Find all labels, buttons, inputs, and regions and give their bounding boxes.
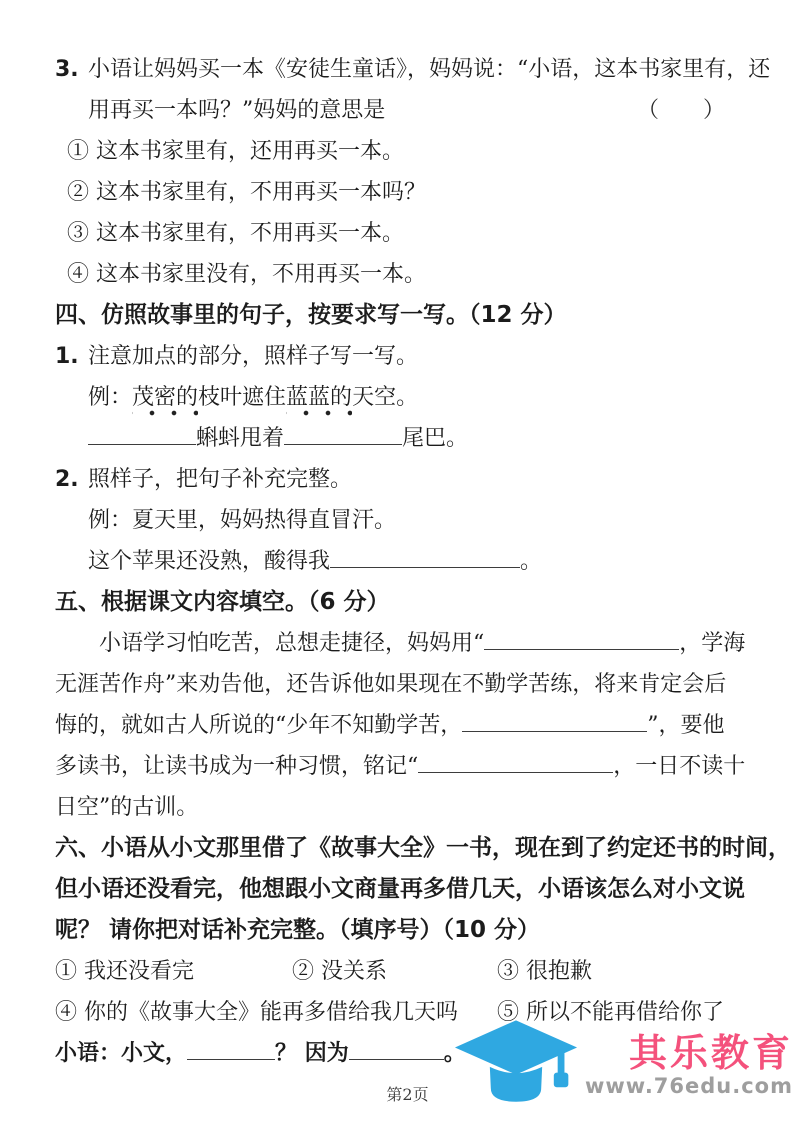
graduation-cap-icon bbox=[453, 1018, 579, 1112]
option-text: ① 我还没看完 bbox=[55, 951, 292, 992]
example-end: 天空。 bbox=[352, 385, 418, 410]
section-6-heading-2: 但小语还没看完，他想跟小文商量再多借几天，小语该怎么对小文说 bbox=[55, 869, 760, 910]
example-prefix: 例： bbox=[88, 385, 132, 410]
sub-1-text: 注意加点的部分，照样子写一写。 bbox=[88, 344, 418, 369]
option-text: ④ 这本书家里没有，不用再买一本。 bbox=[67, 262, 426, 287]
sub-1-number: 1. bbox=[55, 336, 88, 377]
question-3-number: 3. bbox=[55, 49, 88, 90]
example-mid: 枝叶遮住 bbox=[198, 385, 286, 410]
option-text: ② 这本书家里有，不用再买一本吗？ bbox=[67, 180, 426, 205]
fill-mid-text: 蝌蚪甩着 bbox=[196, 426, 284, 451]
answer-blank bbox=[187, 1056, 275, 1060]
question-3-text-2: 用再买一本吗？”妈妈的意思是 bbox=[88, 98, 385, 123]
paragraph-text: 无涯苦作舟”来劝告他，还告诉他如果现在不勤学苦练，将来肯定会后 bbox=[55, 672, 726, 697]
answer-blank bbox=[484, 646, 679, 650]
answer-blank bbox=[88, 441, 196, 445]
section-4-sub-2: 2.照样子，把句子补充完整。 bbox=[55, 459, 760, 500]
dialogue-speaker: 小语： bbox=[55, 1041, 121, 1066]
paragraph-text: ，一日不读十 bbox=[613, 754, 745, 779]
answer-blank bbox=[418, 769, 613, 773]
brand-text-block: 其乐教育 www.76edu.com bbox=[585, 1032, 793, 1098]
section-5-line-2: 无涯苦作舟”来劝告他，还告诉他如果现在不勤学苦练，将来肯定会后 bbox=[55, 664, 760, 705]
answer-brackets: （ ） bbox=[637, 90, 725, 131]
question-3-text-1: 小语让妈妈买一本《安徒生童话》，妈妈说：“小语，这本书家里有，还 bbox=[88, 57, 770, 82]
option-text: ③ 这本书家里有，不用再买一本。 bbox=[67, 221, 404, 246]
section-5-line-1: 小语学习怕吃苦，总想走捷径，妈妈用“，学海 bbox=[55, 623, 760, 664]
section-4-sub-1: 1.注意加点的部分，照样子写一写。 bbox=[55, 336, 760, 377]
section-5: 五、根据课文内容填空。（6 分） 小语学习怕吃苦，总想走捷径，妈妈用“，学海 无… bbox=[55, 582, 760, 828]
emphasized-phrase-2: 蓝蓝的 bbox=[286, 385, 352, 416]
question-3: 3.小语让妈妈买一本《安徒生童话》，妈妈说：“小语，这本书家里有，还 用再买一本… bbox=[55, 49, 760, 295]
question-3-line-1: 3.小语让妈妈买一本《安徒生童话》，妈妈说：“小语，这本书家里有，还 bbox=[55, 49, 760, 90]
paragraph-text: ”，要他 bbox=[647, 713, 724, 738]
sub-2-number: 2. bbox=[55, 459, 88, 500]
section-4-example-2: 例：夏天里，妈妈热得直冒汗。 bbox=[55, 500, 760, 541]
question-3-option-2: ② 这本书家里有，不用再买一本吗？ bbox=[55, 172, 760, 213]
option-text: ④ 你的《故事大全》能再多借给我几天吗 bbox=[55, 992, 497, 1033]
section-5-heading: 五、根据课文内容填空。（6 分） bbox=[55, 582, 760, 623]
answer-blank bbox=[284, 441, 402, 445]
sub-2-text: 照样子，把句子补充完整。 bbox=[88, 467, 352, 492]
section-6-options-row-1: ① 我还没看完② 没关系③ 很抱歉 bbox=[55, 951, 760, 992]
question-3-option-4: ④ 这本书家里没有，不用再买一本。 bbox=[55, 254, 760, 295]
section-4-fill-line-1: 蝌蚪甩着尾巴。 bbox=[55, 418, 760, 459]
section-5-line-4: 多读书，让读书成为一种习惯，铭记“，一日不读十 bbox=[55, 746, 760, 787]
dialogue-text: 小文， bbox=[121, 1041, 187, 1066]
paragraph-text: 多读书，让读书成为一种习惯，铭记“ bbox=[55, 754, 418, 779]
answer-blank bbox=[330, 564, 520, 568]
answer-blank bbox=[462, 728, 647, 732]
answer-blank bbox=[349, 1056, 444, 1060]
brand-url: www.76edu.com bbox=[585, 1074, 793, 1098]
question-3-line-2: 用再买一本吗？”妈妈的意思是（ ） bbox=[55, 90, 760, 131]
section-6-heading-1: 六、小语从小文那里借了《故事大全》一书，现在到了约定还书的时间， bbox=[55, 828, 760, 869]
brand-name: 其乐教育 bbox=[629, 1032, 793, 1074]
paragraph-text: 悔的，就如古人所说的“少年不知勤学苦， bbox=[55, 713, 462, 738]
option-text: ① 这本书家里有，还用再买一本。 bbox=[67, 139, 404, 164]
paragraph-text: 日空”的古训。 bbox=[55, 795, 198, 820]
option-text: ② 没关系 bbox=[292, 951, 497, 992]
section-5-line-5: 日空”的古训。 bbox=[55, 787, 760, 828]
exam-page: 3.小语让妈妈买一本《安徒生童话》，妈妈说：“小语，这本书家里有，还 用再买一本… bbox=[0, 0, 793, 1122]
section-4-fill-line-2: 这个苹果还没熟，酸得我。 bbox=[55, 541, 760, 582]
section-4-heading: 四、仿照故事里的句子，按要求写一写。（12 分） bbox=[55, 295, 760, 336]
emphasized-phrase-1: 茂密的 bbox=[132, 385, 198, 416]
section-5-line-3: 悔的，就如古人所说的“少年不知勤学苦，”，要他 bbox=[55, 705, 760, 746]
fill-suffix-text: 。 bbox=[520, 549, 542, 574]
dialogue-text: ？ 因为 bbox=[275, 1041, 349, 1066]
question-3-option-3: ③ 这本书家里有，不用再买一本。 bbox=[55, 213, 760, 254]
question-3-option-1: ① 这本书家里有，还用再买一本。 bbox=[55, 131, 760, 172]
section-4-example-1: 例：茂密的枝叶遮住蓝蓝的天空。 bbox=[55, 377, 760, 418]
paragraph-text: ，学海 bbox=[679, 631, 745, 656]
section-6-heading-3: 呢？ 请你把对话补充完整。（填序号）（10 分） bbox=[55, 910, 760, 951]
option-text: ③ 很抱歉 bbox=[497, 959, 592, 984]
fill-end-text: 尾巴。 bbox=[402, 426, 468, 451]
brand-watermark: 其乐教育 www.76edu.com bbox=[453, 1018, 793, 1112]
fill-prefix-text: 这个苹果还没熟，酸得我 bbox=[88, 549, 330, 574]
section-4: 四、仿照故事里的句子，按要求写一写。（12 分） 1.注意加点的部分，照样子写一… bbox=[55, 295, 760, 582]
example-text: 例：夏天里，妈妈热得直冒汗。 bbox=[88, 508, 396, 533]
paragraph-text: 小语学习怕吃苦，总想走捷径，妈妈用“ bbox=[99, 631, 484, 656]
